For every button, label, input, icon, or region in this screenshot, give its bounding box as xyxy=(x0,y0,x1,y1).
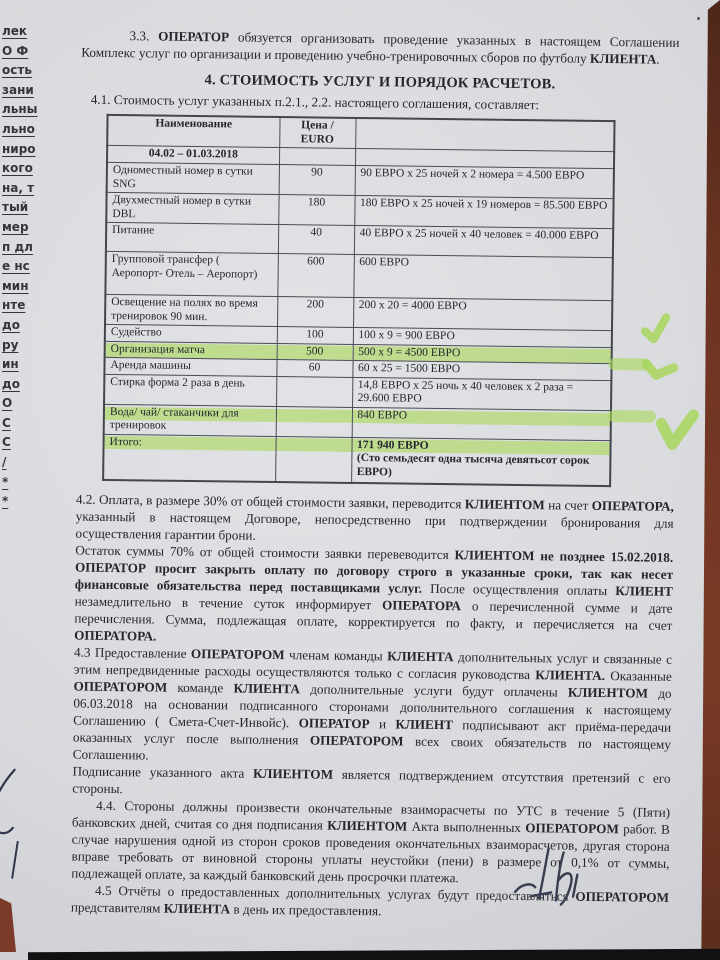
document-photo: лек О Ф ость зани льны льно ниро кого на… xyxy=(0,0,720,960)
dust-speck xyxy=(697,17,700,20)
clause-4-1: 4.1. Стоимость услуг указанных п.2.1., 2… xyxy=(81,91,679,115)
highlighter-check-icon xyxy=(654,403,699,454)
header-price: Цена / EURO xyxy=(279,117,355,148)
header-name: Наименование xyxy=(107,115,279,148)
highlighter-check-icon xyxy=(638,345,681,384)
pen-annotation-mark xyxy=(0,763,39,894)
table-row: Групповой трансфер ( Аеропорт- Отель – А… xyxy=(105,251,612,300)
clause-4-2-continued: Остаток суммы 70% от общей стоимости зая… xyxy=(74,541,673,650)
period-cell: 04.02 – 01.03.2018 xyxy=(107,145,279,164)
total-label: Итого: xyxy=(103,434,276,482)
highlighter-check-icon xyxy=(639,311,674,346)
signature-mark xyxy=(501,840,612,921)
highlighter-stroke xyxy=(608,410,656,423)
cost-table: Наименование Цена / EURO 04.02 – 01.03.2… xyxy=(102,114,615,487)
table-total-row-highlighted: Итого: 171 940 ЕВРО (Сто семьдесят одна … xyxy=(103,434,611,486)
clause-3-3: 3.3. ОПЕРАТОР обязуется организовать про… xyxy=(81,27,679,68)
total-value-words: (Сто семьдесят одна тысяча девятьсот сор… xyxy=(357,452,605,482)
clause-4-3: 4.3 Предоставление ОПЕРАТОРОМ членам ком… xyxy=(73,643,672,769)
photo-bottom-shadow xyxy=(28,946,720,960)
clause-4-2: 4.2. Оплата, в размере 30% от общей стои… xyxy=(75,490,674,548)
header-calc xyxy=(355,118,614,152)
cost-table-zone: Наименование Цена / EURO 04.02 – 01.03.2… xyxy=(102,114,678,487)
contract-page: 3.3. ОПЕРАТОР обязуется организовать про… xyxy=(0,0,720,923)
